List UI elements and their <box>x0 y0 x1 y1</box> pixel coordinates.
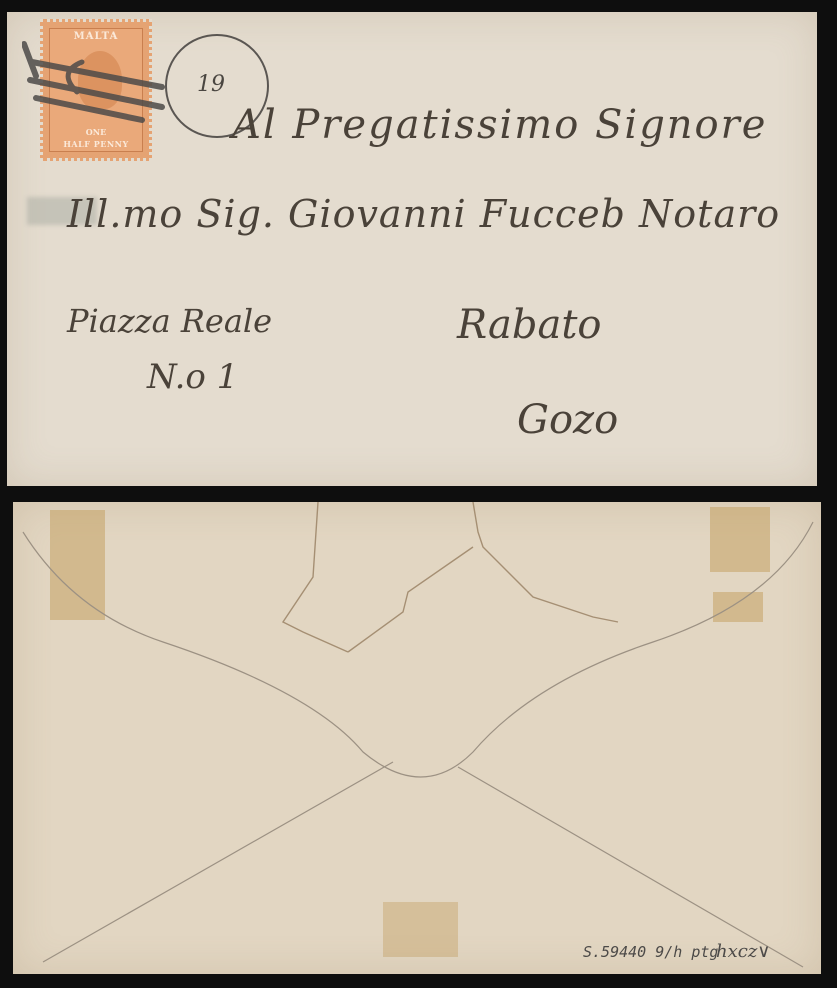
barred-cancellation <box>22 32 172 142</box>
dealer-code: hxcz∨ <box>716 941 770 962</box>
address-line-1: Al Pregatissimo Signore <box>232 102 767 148</box>
envelope-back: S.59440 9/h ptg hxcz∨ <box>13 502 821 974</box>
postmark-date: 19 <box>197 72 225 97</box>
envelope-front: MALTA ONE HALF PENNY 19 Al Pregatissimo … <box>7 12 817 486</box>
address-line-2: Ill.mo Sig. Giovanni Fucceb Notaro <box>67 192 780 236</box>
address-line-5: Rabato <box>457 302 602 348</box>
address-line-6: Gozo <box>517 397 618 443</box>
address-line-3: Piazza Reale <box>67 302 272 340</box>
address-line-4: N.o 1 <box>147 357 238 397</box>
dealer-annotation: S.59440 9/h ptg <box>583 943 718 961</box>
envelope-flaps <box>13 502 821 974</box>
